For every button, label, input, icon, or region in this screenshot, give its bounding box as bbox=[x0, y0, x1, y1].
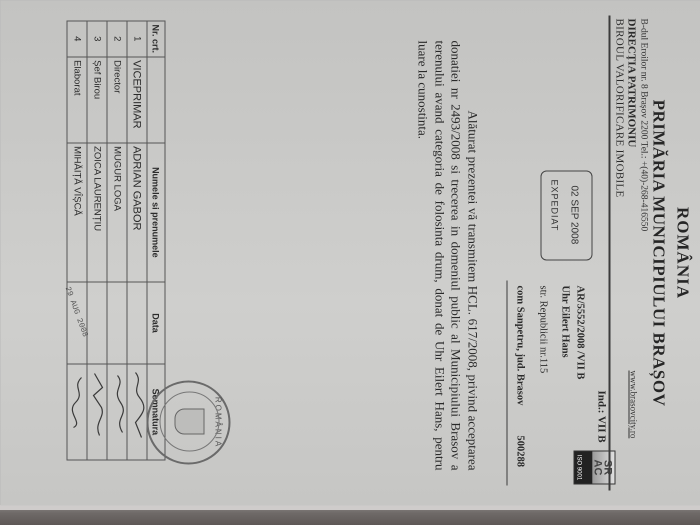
header-nr: Nr. crt. bbox=[147, 21, 165, 57]
row-name: MIHĂIȚĂ VÎȘCĂ bbox=[67, 142, 87, 282]
row-date bbox=[107, 282, 127, 364]
signature-scribble-icon bbox=[71, 367, 85, 447]
row-signature bbox=[67, 363, 87, 459]
row-name: ZOICA LAURENȚIU bbox=[87, 142, 107, 282]
recipient-reference: AR/5552/2008 /VII B bbox=[574, 285, 585, 379]
row-name: ADRIAN GABOR bbox=[127, 142, 147, 282]
signature-scribble-icon bbox=[111, 367, 125, 447]
country-heading: ROMÂNIA bbox=[672, 0, 692, 505]
row-signature bbox=[107, 363, 127, 459]
website-link: www.brasovcity.ro bbox=[628, 370, 638, 438]
table-row: 2 Director MUGUR LOGA bbox=[107, 21, 127, 460]
signature-scribble-icon bbox=[131, 367, 145, 447]
office-name: BIROUL VALORIFICARE IMOBILE bbox=[613, 18, 625, 197]
recipient-locality: com Sanpetru, jud. Brasov bbox=[514, 285, 525, 405]
letter-body-text: Alăturat prezentei vă transmitem HCL. 61… bbox=[416, 40, 481, 470]
recipient-street: str. Republicii nr.115 bbox=[537, 285, 548, 373]
certification-standard: ISO 9001 bbox=[575, 451, 581, 483]
header-name: Numele si prenumele bbox=[147, 142, 165, 282]
header-date: Data bbox=[147, 282, 165, 364]
address-divider bbox=[506, 280, 507, 485]
table-row: 4 Elaborat MIHĂIȚĂ VÎȘCĂ 29 AUG 2008 bbox=[67, 21, 87, 460]
directorate-name: DIRECȚIA PATRIMONIU bbox=[625, 18, 637, 147]
row-date bbox=[127, 282, 147, 364]
row-nr: 3 bbox=[87, 21, 107, 57]
signature-scribble-icon bbox=[91, 367, 105, 447]
address-line: B-dul Eroilor nr. 8 Brașov 2200 Tel.: +(… bbox=[638, 18, 648, 231]
handwritten-date: 29 AUG 2008 bbox=[62, 285, 89, 338]
postal-code: 500288 bbox=[514, 435, 525, 467]
recipient-name: Uhr Eilert Hans bbox=[559, 285, 570, 357]
letter-body: Alăturat prezentei vă transmitem HCL. 61… bbox=[414, 40, 480, 470]
index-code: Ind.: VII B bbox=[595, 390, 607, 442]
header-role bbox=[147, 56, 165, 142]
official-seal: ROMÂNIA bbox=[146, 380, 230, 464]
desk-edge bbox=[0, 505, 700, 525]
stamp-date: 02 SEP 2008 bbox=[568, 185, 579, 244]
row-signature bbox=[87, 363, 107, 459]
signature-table: Nr. crt. Numele si prenumele Data Semnat… bbox=[66, 20, 165, 460]
coat-of-arms-icon bbox=[174, 408, 204, 434]
stamp-label: EXPEDIAT bbox=[549, 179, 559, 231]
row-date bbox=[87, 282, 107, 364]
institution-heading: PRIMĂRIA MUNICIPIULUI BRAȘOV bbox=[648, 0, 668, 505]
row-nr: 1 bbox=[127, 21, 147, 57]
row-name: MUGUR LOGA bbox=[107, 142, 127, 282]
header-divider bbox=[609, 15, 611, 490]
row-date: 29 AUG 2008 bbox=[67, 282, 87, 364]
table-row: 1 VICEPRIMAR ADRIAN GABOR bbox=[127, 21, 147, 460]
row-nr: 4 bbox=[67, 21, 87, 57]
row-nr: 2 bbox=[107, 21, 127, 57]
row-signature bbox=[127, 363, 147, 459]
row-role: Șef Birou bbox=[87, 56, 107, 142]
document-page: ROMÂNIA PRIMĂRIA MUNICIPIULUI BRAȘOV B-d… bbox=[0, 0, 700, 505]
row-role: Elaborat bbox=[67, 56, 87, 142]
table-row: 3 Șef Birou ZOICA LAURENȚIU bbox=[87, 21, 107, 460]
row-role: VICEPRIMAR bbox=[127, 56, 147, 142]
row-role: Director bbox=[107, 56, 127, 142]
dispatch-stamp: 02 SEP 2008 EXPEDIAT bbox=[540, 170, 592, 260]
